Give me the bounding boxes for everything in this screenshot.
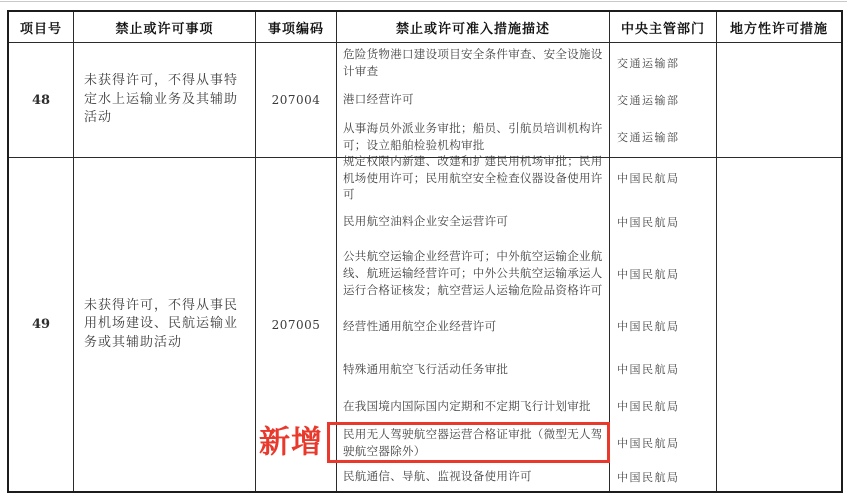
matter-code-cell: 207005 — [256, 158, 337, 491]
measure-desc-cell: 从事海员外派业务审批；船员、引航员培训机构许可；设立船舶检验机构审批 — [337, 116, 609, 157]
matter-cell: 未获得许可，不得从事民用机场建设、民航运输业务或其辅助活动 — [74, 158, 256, 491]
measure-desc-text: 民用无人驾驶航空器运营合格证审批（微型无人驾驶航空器除外） — [343, 426, 603, 459]
dept-cell: 交通运输部 — [610, 116, 716, 157]
matter-cell: 未获得许可，不得从事特定水上运输业务及其辅助活动 — [74, 43, 256, 157]
dept-cell: 交通运输部 — [610, 83, 716, 116]
table-row: 48未获得许可，不得从事特定水上运输业务及其辅助活动207004危险货物港口建设… — [9, 42, 841, 157]
page-edge-line — [0, 1, 847, 2]
header-item-number: 项目号 — [9, 12, 74, 42]
dept-cell: 中国民航局 — [610, 388, 716, 424]
dept-cell: 中国民航局 — [610, 245, 716, 302]
measure-desc-text: 民航通信、导航、监视设备使用许可 — [343, 468, 532, 485]
measure-desc-cell: 在我国境内国际国内定期和不定期飞行计划审批 — [337, 388, 609, 424]
local-measures-cell — [717, 158, 841, 491]
measure-desc-text: 在我国境内国际国内定期和不定期飞行计划审批 — [343, 398, 591, 415]
measure-desc-cell: 港口经营许可 — [337, 83, 609, 116]
measure-desc-text: 危险货物港口建设项目安全条件审查、安全设施设计审查 — [343, 46, 603, 79]
matter-text: 未获得许可，不得从事民用机场建设、民航运输业务或其辅助活动 — [84, 297, 247, 352]
measures-column: 规定权限内新建、改建和扩建民用机场审批；民用机场使用许可；民用航空安全检查仪器设… — [337, 158, 610, 491]
measure-desc-cell: 公共航空运输企业经营许可；中外航空运输企业航线、航班运输经营许可；中外公共航空运… — [337, 245, 609, 302]
measure-desc-cell: 民用无人驾驶航空器运营合格证审批（微型无人驾驶航空器除外）新增 — [337, 424, 609, 462]
measure-desc-text: 规定权限内新建、改建和扩建民用机场审批；民用机场使用许可；民用航空安全检查仪器设… — [343, 153, 603, 203]
document-page: 项目号 禁止或许可事项 事项编码 禁止或许可准入措施描述 中央主管部门 地方性许… — [0, 0, 847, 502]
measure-desc-cell: 特殊通用航空飞行活动任务审批 — [337, 350, 609, 388]
measure-desc-text: 特殊通用航空飞行活动任务审批 — [343, 361, 508, 378]
dept-cell: 中国民航局 — [610, 424, 716, 462]
measure-desc-text: 公共航空运输企业经营许可；中外航空运输企业航线、航班运输经营许可；中外公共航空运… — [343, 248, 603, 298]
matter-code-cell: 207004 — [256, 43, 337, 157]
measure-desc-cell: 经营性通用航空企业经营许可 — [337, 302, 609, 350]
dept-column: 中国民航局中国民航局中国民航局中国民航局中国民航局中国民航局中国民航局中国民航局 — [610, 158, 717, 491]
dept-cell: 中国民航局 — [610, 462, 716, 491]
header-local-measures: 地方性许可措施 — [717, 12, 841, 42]
dept-cell: 中国民航局 — [610, 158, 716, 198]
table-row: 49未获得许可，不得从事民用机场建设、民航运输业务或其辅助活动207005规定权… — [9, 157, 841, 491]
dept-cell: 中国民航局 — [610, 350, 716, 388]
item-number-cell: 48 — [9, 43, 74, 157]
measure-desc-cell: 规定权限内新建、改建和扩建民用机场审批；民用机场使用许可；民用航空安全检查仪器设… — [337, 158, 609, 198]
measures-column: 危险货物港口建设项目安全条件审查、安全设施设计审查港口经营许可从事海员外派业务审… — [337, 43, 610, 157]
measure-desc-text: 经营性通用航空企业经营许可 — [343, 318, 496, 335]
dept-cell: 中国民航局 — [610, 198, 716, 245]
local-measures-cell — [717, 43, 841, 157]
header-matter-code: 事项编码 — [256, 12, 337, 42]
matter-text: 未获得许可，不得从事特定水上运输业务及其辅助活动 — [84, 72, 247, 127]
item-number-cell: 49 — [9, 158, 74, 491]
table-header-row: 项目号 禁止或许可事项 事项编码 禁止或许可准入措施描述 中央主管部门 地方性许… — [9, 12, 841, 42]
header-central-dept: 中央主管部门 — [610, 12, 717, 42]
measure-desc-text: 民用航空油料企业安全运营许可 — [343, 213, 508, 230]
header-matter: 禁止或许可事项 — [74, 12, 256, 42]
measure-desc-cell: 民航通信、导航、监视设备使用许可 — [337, 462, 609, 491]
dept-column: 交通运输部交通运输部交通运输部 — [610, 43, 717, 157]
permit-measures-table: 项目号 禁止或许可事项 事项编码 禁止或许可准入措施描述 中央主管部门 地方性许… — [7, 10, 843, 493]
dept-cell: 中国民航局 — [610, 302, 716, 350]
measure-desc-cell: 民用航空油料企业安全运营许可 — [337, 198, 609, 245]
measure-desc-text: 港口经营许可 — [343, 91, 414, 108]
measure-desc-cell: 危险货物港口建设项目安全条件审查、安全设施设计审查 — [337, 43, 609, 83]
dept-cell: 交通运输部 — [610, 43, 716, 83]
header-measures-desc: 禁止或许可准入措施描述 — [337, 12, 610, 42]
measure-desc-text: 从事海员外派业务审批；船员、引航员培训机构许可；设立船舶检验机构审批 — [343, 120, 603, 153]
